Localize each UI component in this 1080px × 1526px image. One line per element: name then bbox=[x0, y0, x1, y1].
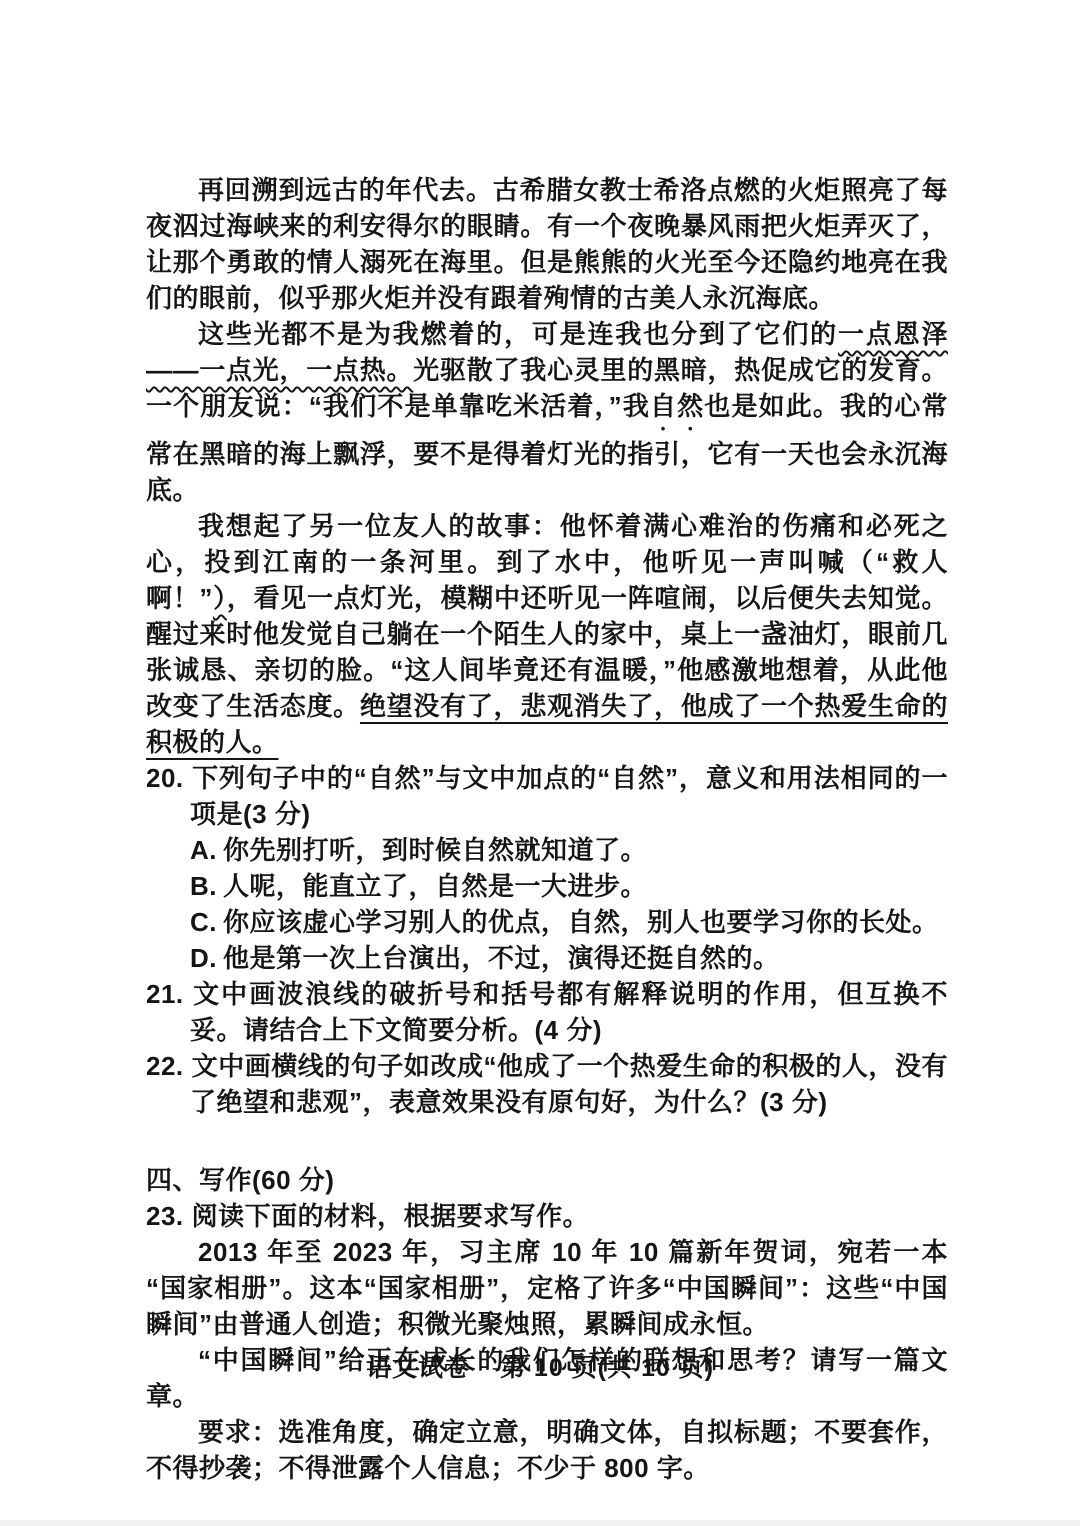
passage-marked-text-dots: 自然 bbox=[650, 391, 704, 421]
question-20-options: A.你先别打听，到时候自然就知道了。 B.人呢，能直立了，自然是一大进步。 C.… bbox=[146, 832, 948, 976]
question-20-stem: 20.下列句子中的“自然”与文中加点的“自然”，意义和用法相同的一项是(3 分) bbox=[146, 760, 948, 832]
passage-paragraph-2: 这些光都不是为我燃着的，可是连我也分到了它们的一点恩泽——一点光，一点热。光驱散… bbox=[146, 316, 948, 508]
passage-text: 这些光都不是为我燃着的，可是连我也分到了它们的 bbox=[198, 319, 838, 349]
option-d: D.他是第一次上台演出，不过，演得还挺自然的。 bbox=[190, 940, 948, 976]
material-paragraph-3: 要求：选准角度，确定立意，明确文体，自拟标题；不要套作，不得抄袭；不得泄露个人信… bbox=[146, 1414, 948, 1486]
question-20-text: 下列句子中的“自然”与文中加点的“自然”，意义和用法相同的一项是(3 分) bbox=[190, 763, 948, 829]
question-21-number: 21. bbox=[146, 979, 184, 1009]
passage-paragraph-1: 再回溯到远古的年代去。古希腊女教士希洛点燃的火炬照亮了每夜泅过海峡来的利安得尔的… bbox=[146, 172, 948, 316]
question-22-number: 22. bbox=[146, 1051, 184, 1081]
exam-content: 再回溯到远古的年代去。古希腊女教士希洛点燃的火炬照亮了每夜泅过海峡来的利安得尔的… bbox=[146, 172, 948, 1486]
questions-section: 20.下列句子中的“自然”与文中加点的“自然”，意义和用法相同的一项是(3 分)… bbox=[146, 760, 948, 1120]
question-22-stem: 22.文中画横线的句子如改成“他成了一个热爱生命的积极的人，没有了绝望和悲观”，… bbox=[146, 1048, 948, 1120]
option-a: A.你先别打听，到时候自然就知道了。 bbox=[190, 832, 948, 868]
option-d-text: 他是第一次上台演出，不过，演得还挺自然的。 bbox=[223, 943, 780, 973]
option-c: C.你应该虚心学习别人的优点，自然，别人也要学习你的长处。 bbox=[190, 904, 948, 940]
option-b-label: B. bbox=[190, 871, 217, 901]
question-21-stem: 21.文中画波浪线的破折号和括号都有解释说明的作用，但互换不妥。请结合上下文简要… bbox=[146, 976, 948, 1048]
writing-section: 四、写作(60 分) 23.阅读下面的材料，根据要求写作。 2013 年至 20… bbox=[146, 1162, 948, 1486]
question-21: 21.文中画波浪线的破折号和括号都有解释说明的作用，但互换不妥。请结合上下文简要… bbox=[146, 976, 948, 1048]
option-d-label: D. bbox=[190, 943, 217, 973]
option-c-text: 你应该虚心学习别人的优点，自然，别人也要学习你的长处。 bbox=[223, 907, 939, 937]
option-a-text: 你先别打听，到时候自然就知道了。 bbox=[223, 835, 647, 865]
footer-page-number: 第 10 页(共 10 页) bbox=[500, 1348, 714, 1384]
question-23-text: 阅读下面的材料，根据要求写作。 bbox=[192, 1201, 590, 1231]
question-22-text: 文中画横线的句子如改成“他成了一个热爱生命的积极的人，没有了绝望和悲观”，表意效… bbox=[190, 1051, 948, 1117]
writing-section-title: 四、写作(60 分) bbox=[146, 1162, 948, 1198]
question-21-text: 文中画波浪线的破折号和括号都有解释说明的作用，但互换不妥。请结合上下文简要分析。… bbox=[190, 979, 948, 1045]
question-20-number: 20. bbox=[146, 763, 184, 793]
question-23-stem: 23.阅读下面的材料，根据要求写作。 bbox=[146, 1198, 948, 1234]
question-23-number: 23. bbox=[146, 1201, 184, 1231]
reading-passage: 再回溯到远古的年代去。古希腊女教士希洛点燃的火炬照亮了每夜泅过海峡来的利安得尔的… bbox=[146, 172, 948, 760]
option-b-text: 人呢，能直立了，自然是一大进步。 bbox=[223, 871, 647, 901]
question-22: 22.文中画横线的句子如改成“他成了一个热爱生命的积极的人，没有了绝望和悲观”，… bbox=[146, 1048, 948, 1120]
footer-doc-title: 语文试卷 bbox=[366, 1348, 470, 1384]
passage-paragraph-3: 我想起了另一位友人的故事：他怀着满心难治的伤痛和必死之心，投到江南的一条河里。到… bbox=[146, 508, 948, 760]
exam-page: 再回溯到远古的年代去。古希腊女教士希洛点燃的火炬照亮了每夜泅过海峡来的利安得尔的… bbox=[0, 0, 1080, 1526]
option-c-label: C. bbox=[190, 907, 217, 937]
question-20: 20.下列句子中的“自然”与文中加点的“自然”，意义和用法相同的一项是(3 分)… bbox=[146, 760, 948, 976]
passage-text: 再回溯到远古的年代去。古希腊女教士希洛点燃的火炬照亮了每夜泅过海峡来的利安得尔的… bbox=[146, 175, 948, 313]
page-footer: 语文试卷 第 10 页(共 10 页) bbox=[0, 1348, 1080, 1384]
option-a-label: A. bbox=[190, 835, 217, 865]
option-b: B.人呢，能直立了，自然是一大进步。 bbox=[190, 868, 948, 904]
passage-marked-text-wavy: ） bbox=[213, 583, 227, 613]
material-paragraph-1: 2013 年至 2023 年，习主席 10 年 10 篇新年贺词，宛若一本“国家… bbox=[146, 1234, 948, 1342]
